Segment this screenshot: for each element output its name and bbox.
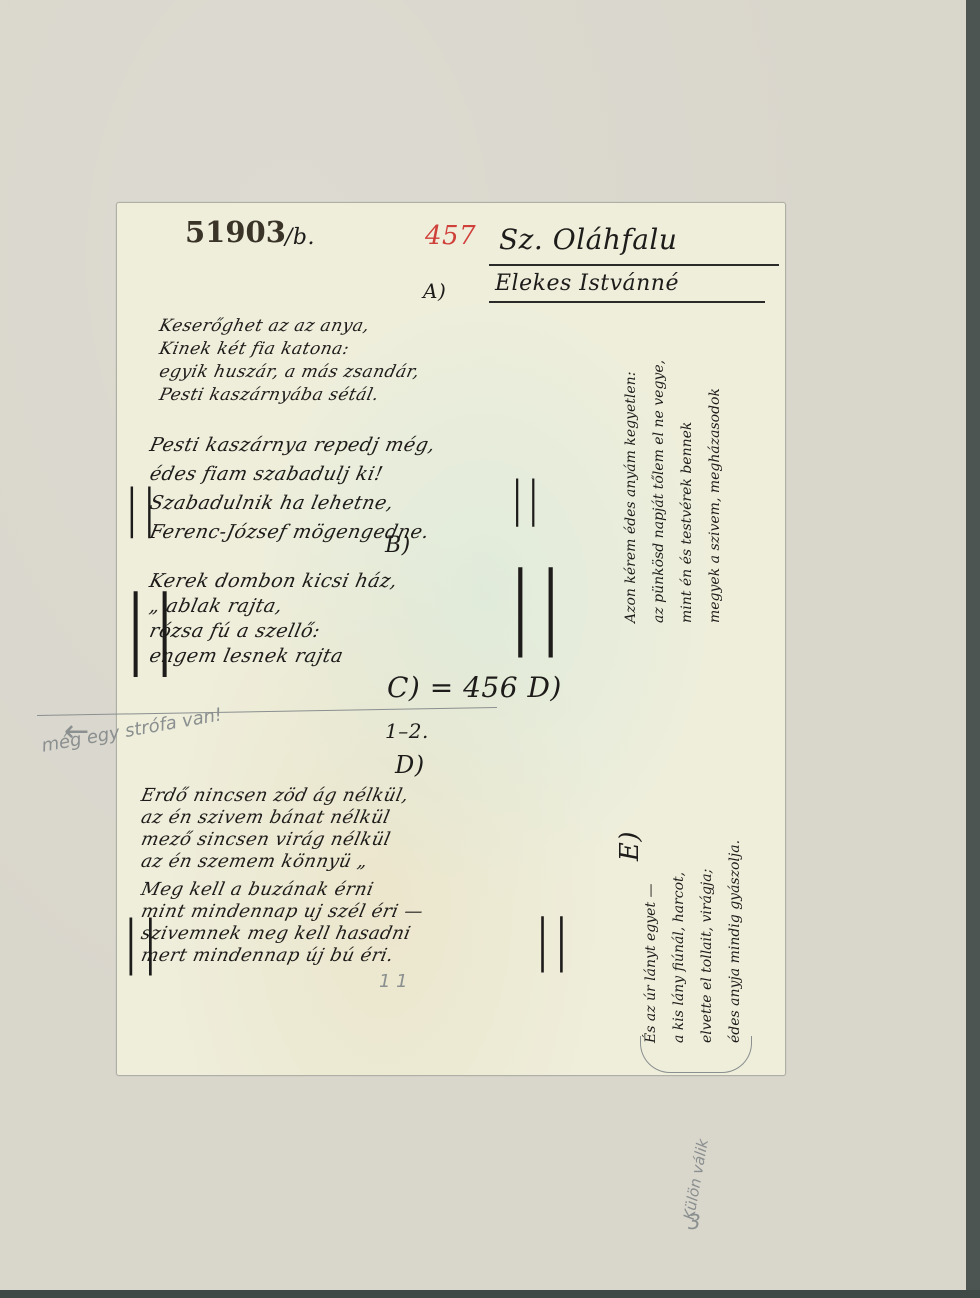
stanza-d1: Erdő nincsen zöd ág nélkül, az én szivem… [139, 785, 406, 873]
verse-line: Pesti kaszárnya repedj még, [147, 431, 438, 460]
section-b-marker: B) [385, 533, 411, 558]
scan-edge-bottom [0, 1290, 980, 1298]
section-d-marker: D) [395, 751, 425, 779]
catalog-suffix: /b. [285, 225, 315, 250]
repeat-bar-left: || [123, 479, 158, 539]
verse-line: Kerek dombon kicsi ház, [147, 569, 400, 594]
verse-line: Keserőghet az az anya, [157, 315, 422, 338]
verse-line: Szabadulnik ha lehetne, [147, 489, 438, 518]
verse-line: mint én és testvérek bennek [673, 360, 701, 623]
verse-line: Erdő nincsen zöd ág nélkül, [139, 785, 411, 807]
section-e-marker: E) [615, 831, 645, 861]
location-underline [489, 264, 779, 266]
verse-line: egyik huszár, a más zsandár, [157, 361, 422, 384]
verse-line: Azon kérem édes anyám kegyetlen: [617, 360, 645, 623]
red-number: 457 [425, 221, 476, 251]
vertical-stanza-lower: És az úr lányt egyet — a kis lány fiúnál… [637, 840, 749, 1043]
informant-underline [489, 301, 765, 303]
verse-line: „ ablak rajta, [147, 594, 400, 619]
catalog-number: 51903 [185, 215, 286, 249]
vertical-stanza-upper: Azon kérem édes anyám kegyetlen: az pünk… [617, 360, 729, 623]
stanza-b1: Kerek dombon kicsi ház, „ ablak rajta, r… [147, 569, 395, 669]
section-a-marker: A) [423, 279, 446, 303]
verse-line: mező sincsen virág nélkül [139, 829, 411, 851]
stanza-a2: Pesti kaszárnya repedj még, édes fiam sz… [147, 431, 432, 547]
pencil-arrow-icon: ← [64, 714, 89, 749]
stanza-d2: Meg kell a buzának érni mint mindennap u… [139, 879, 421, 967]
location: Sz. Oláhfalu [499, 223, 677, 256]
repeat-bar-right: || [509, 471, 541, 527]
pencil-brace [640, 1036, 752, 1073]
repeat-bar-left: || [121, 585, 179, 671]
stanza-range: 1–2. [385, 719, 429, 743]
verse-line: megyek a szivem, megházasodok [701, 360, 729, 623]
pencil-counts: 1 1 [379, 971, 408, 992]
cross-reference: C) = 456 D) [387, 671, 562, 704]
verse-line: elvette el tollait, virágja; [693, 840, 721, 1043]
verse-line: az pünkösd napját tőlem el ne vegye, [645, 360, 673, 623]
pencil-mark-bottom: 3 [688, 1210, 701, 1234]
verse-line: rózsa fú a szellő: [147, 619, 400, 644]
repeat-bar-right: || [533, 913, 571, 969]
scan-edge-right [966, 0, 980, 1298]
repeat-bar-left: || [121, 913, 160, 971]
verse-line: szivemnek meg kell hasadni [139, 923, 425, 945]
verse-line: az én szemem könnyü „ [139, 851, 411, 873]
verse-line: édes anyja mindig gyászolja. [721, 840, 749, 1043]
informant: Elekes Istvánné [495, 271, 679, 296]
stanza-a1: Keserőghet az az anya, Kinek két fia kat… [157, 315, 417, 407]
verse-line: édes fiam szabadulj ki! [147, 460, 438, 489]
verse-line: Pesti kaszárnyába sétál. [157, 384, 422, 407]
verse-line: Kinek két fia katona: [157, 338, 422, 361]
repeat-bar-right: || [505, 561, 566, 651]
verse-line: És az úr lányt egyet — [637, 840, 665, 1043]
index-card: 51903 /b. 457 Sz. Oláhfalu A) Elekes Ist… [116, 202, 786, 1076]
verse-line: Meg kell a buzának érni [139, 879, 425, 901]
verse-line: mert mindennap új bú éri. [139, 945, 425, 967]
verse-line: engem lesnek rajta [147, 644, 400, 669]
verse-line: mint mindennap uj szél éri — [139, 901, 425, 923]
verse-line: az én szivem bánat nélkül [139, 807, 411, 829]
verse-line: a kis lány fiúnál, harcot, [665, 840, 693, 1043]
